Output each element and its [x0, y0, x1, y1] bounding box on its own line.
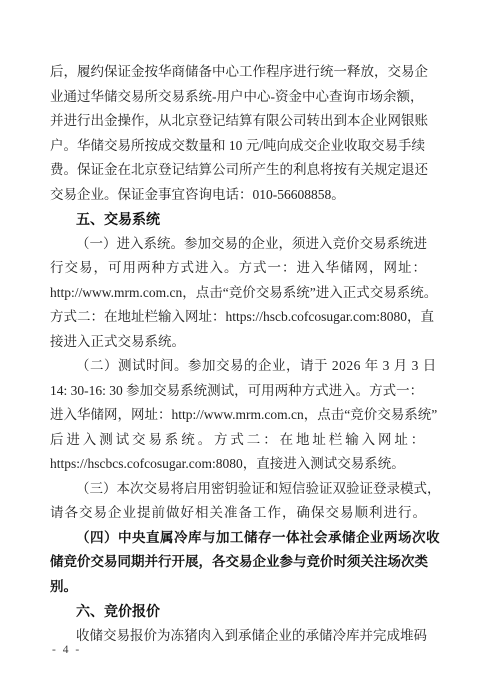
text-line: 后进入测试交易系统。方式二：在地址栏输入网址：: [50, 428, 432, 453]
text-line: （一）进入系统。参加交易的企业，须进入竞价交易系统进: [50, 232, 432, 257]
text-line: （三）本次交易将启用密钥验证和短信验证双验证登录模式，: [50, 477, 432, 502]
text-line: 费。保证金在北京登记结算公司所产生的利息将按有关规定退还: [50, 158, 432, 183]
text-line: 收储交易报价为冻猪肉入到承储企业的承储冷库并完成堆码: [50, 624, 432, 649]
text-line: 业通过华储交易所交易系统-用户中心-资金中心查询市场余额，: [50, 85, 432, 110]
document-body: 后，履约保证金按华商储备中心工作程序进行统一释放，交易企 业通过华储交易所交易系…: [50, 60, 432, 648]
page-number: - 4 -: [52, 643, 81, 657]
section-heading-bid-quotation: 六、竞价报价: [50, 599, 432, 624]
text-line: （四）中央直属冷库与加工储存一体社会承储企业两场次收: [50, 526, 432, 551]
text-line: 户。华储交易所按成交数量和 10 元/吨向成交企业收取交易手续: [50, 134, 432, 159]
text-line-url: https://hscbcs.cofcosugar.com:8080，直接进入测…: [50, 452, 432, 477]
document-page: 后，履约保证金按华商储备中心工作程序进行统一释放，交易企 业通过华储交易所交易系…: [0, 0, 493, 700]
text-line: 并进行出金操作，从北京登记结算有限公司转出到本企业网银账: [50, 109, 432, 134]
text-line: 储竞价交易同期并行开展，各交易企业参与竞价时须关注场次类: [50, 550, 432, 575]
text-line: 请各交易企业提前做好相关准备工作，确保交易顺利进行。: [50, 501, 432, 526]
text-line: 14: 30-16: 30 参加交易系统测试，可用两种方式进入。方式一：: [50, 379, 432, 404]
text-line-url: http://www.mrm.com.cn，点击“竞价交易系统”进入正式交易系统…: [50, 281, 432, 306]
text-line: 行交易，可用两种方式进入。方式一：进入华储网，网址：: [50, 256, 432, 281]
text-line-url: 进入华储网，网址：http://www.mrm.com.cn，点击“竞价交易系统…: [50, 403, 432, 428]
text-line: 后，履约保证金按华商储备中心工作程序进行统一释放，交易企: [50, 60, 432, 85]
text-line: （二）测试时间。参加交易的企业，请于 2026 年 3 月 3 日: [50, 354, 432, 379]
section-heading-trading-system: 五、交易系统: [50, 207, 432, 232]
text-line: 交易企业。保证金事宜咨询电话：010-56608858。: [50, 183, 432, 208]
text-line-url: 方式二：在地址栏输入网址：https://hscb.cofcosugar.com…: [50, 305, 432, 330]
text-line: 接进入正式交易系统。: [50, 330, 432, 355]
text-line: 别。: [50, 575, 432, 600]
